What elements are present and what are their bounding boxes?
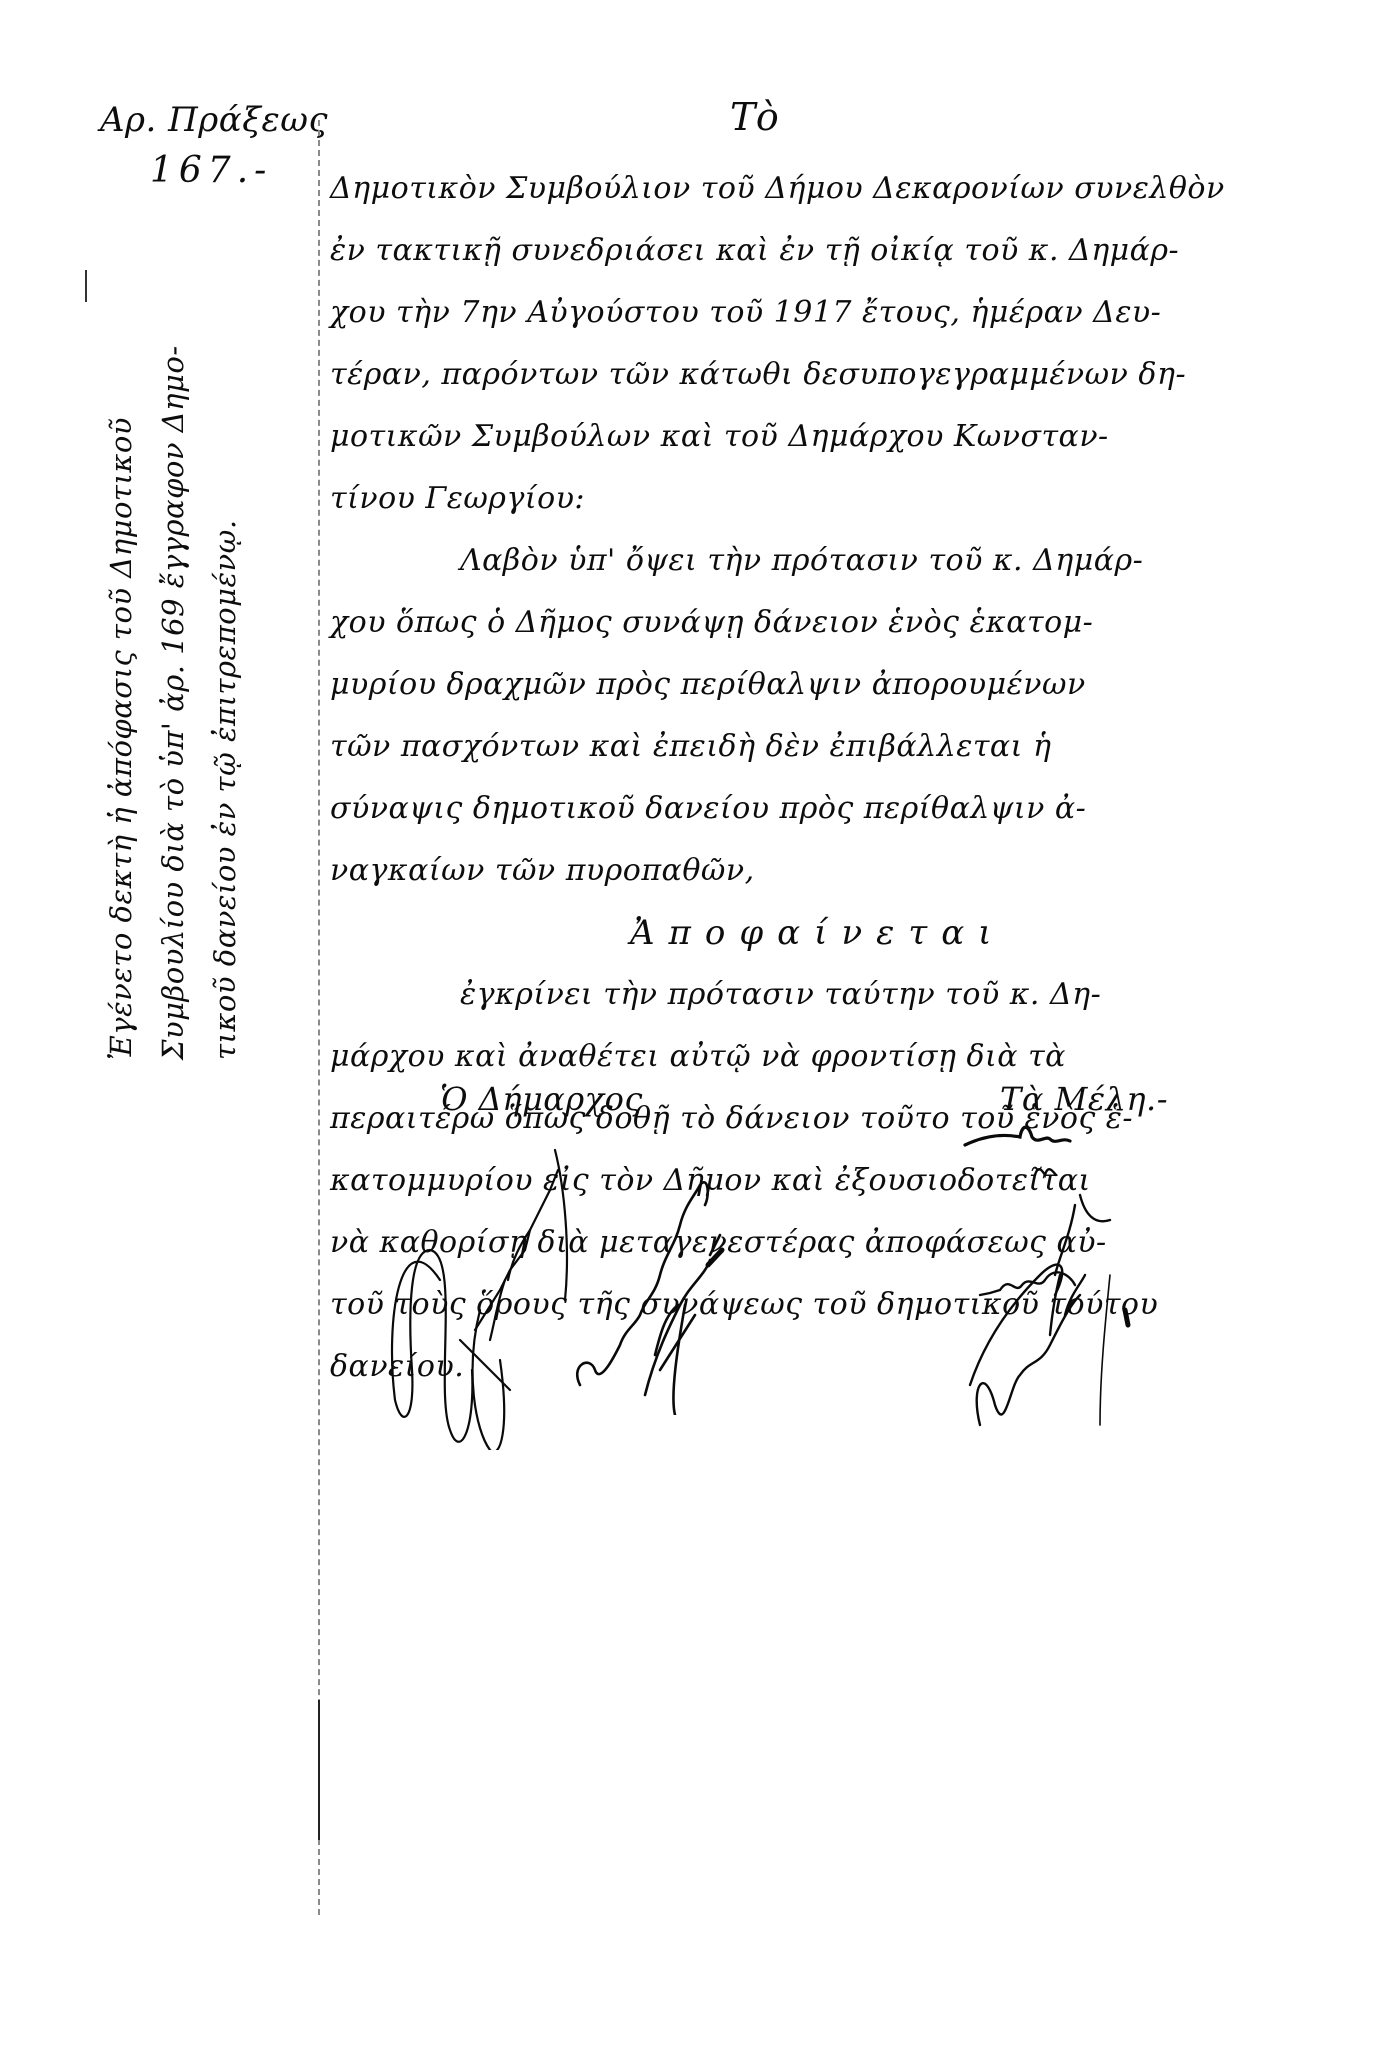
margin-note-line: Ἐγένετο δεκτὴ ἡ ἀπόφασις τοῦ Δημοτικοῦ — [95, 230, 147, 1060]
decision-line: μάρχου καὶ ἀναθέτει αὐτῷ νὰ φροντίσῃ διὰ… — [330, 1026, 1340, 1088]
members-signature-label: Τὰ Μέλη.- — [1000, 1080, 1168, 1118]
considering-line: χου ὅπως ὁ Δῆμος συνάψῃ δάνειον ἑνὸς ἑκα… — [330, 592, 1340, 654]
considering-line: ναγκαίων τῶν πυροπαθῶν, — [330, 840, 1340, 902]
considering-line: Λαβὸν ὑπ' ὄψει τὴν πρότασιν τοῦ κ. Δημάρ… — [330, 530, 1340, 592]
rotated-margin-note: Ἐγένετο δεκτὴ ἡ ἀπόφασις τοῦ Δημοτικοῦ Σ… — [95, 230, 251, 1060]
salutation-heading: Τὸ — [730, 95, 779, 139]
council-member-signatures-group — [960, 1125, 1160, 1445]
council-member-signature — [560, 1155, 740, 1415]
act-number-label: Αρ. Πράξεως — [100, 100, 328, 140]
body-line: τίνου Γεωργίου: — [330, 468, 1340, 530]
mayor-signature-label: Ὁ Δήμαρχος — [440, 1080, 643, 1118]
body-line: χου τὴν 7ην Αὐγούστου τοῦ 1917 ἔτους, ἡμ… — [330, 282, 1340, 344]
body-line: ἐν τακτικῇ συνεδριάσει καὶ ἐν τῇ οἰκίᾳ τ… — [330, 220, 1340, 282]
body-line: μοτικῶν Συμβούλων καὶ τοῦ Δημάρχου Κωνστ… — [330, 406, 1340, 468]
decision-line: ἐγκρίνει τὴν πρότασιν ταύτην τοῦ κ. Δη- — [330, 964, 1340, 1026]
decides-heading: Ἀποφαίνεται — [330, 902, 1340, 964]
margin-note-line: τικοῦ δανείου ἐν τῷ ἐπιτρεπομένῳ. — [199, 230, 251, 1060]
scanned-document-page: Αρ. Πράξεως 167.- Ἐγένετο δεκτὴ ἡ ἀπόφασ… — [0, 0, 1395, 2048]
act-number-value: 167.- — [150, 150, 272, 191]
considering-line: σύναψις δημοτικοῦ δανείου πρὸς περίθαλψι… — [330, 778, 1340, 840]
body-line: Δημοτικὸν Συμβούλιον τοῦ Δήμου Δεκαρονίω… — [330, 158, 1340, 220]
margin-note-line: Συμβουλίου διὰ τὸ ὑπ' ἀρ. 169 ἔγγραφον Δ… — [147, 230, 199, 1060]
considering-line: μυρίου δραχμῶν πρὸς περίθαλψιν ἀπορουμέν… — [330, 654, 1340, 716]
margin-rule-bottom — [318, 1700, 320, 1840]
considering-line: τῶν πασχόντων καὶ ἐπειδὴ δὲν ἐπιβάλλεται… — [330, 716, 1340, 778]
margin-rule — [318, 120, 320, 1915]
body-line: τέραν, παρόντων τῶν κάτωθι δεσυπογεγραμμ… — [330, 344, 1340, 406]
margin-tick-mark — [85, 270, 87, 302]
